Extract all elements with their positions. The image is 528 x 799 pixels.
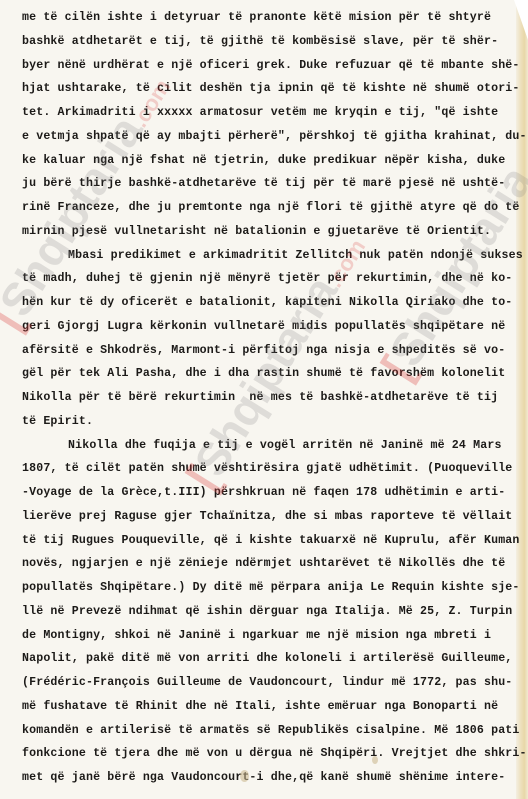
text-line: de Montigny, shkoi në Janinë i ngarkuar …	[22, 624, 518, 648]
text-line: tet. Arkimadriti i xxxxx armatosur vetëm…	[22, 101, 518, 125]
text-line: popullatës Shqipëtare.) Dy ditë më përpa…	[22, 576, 518, 600]
text-line: të madh, duhej të gjenin një mënyrë tjet…	[22, 267, 518, 291]
text-line: Mbasi predikimet e arkimadritit Zellitch…	[22, 244, 518, 268]
text-line: të tij Rugues Pouqueville, që i kishte t…	[22, 529, 518, 553]
text-line: gël për tek Ali Pasha, dhe i dha rastin …	[22, 362, 518, 386]
text-line: mirnin pjesë vullnetarisht në batalionin…	[22, 220, 518, 244]
paper-stain	[240, 770, 249, 782]
typewritten-text: me të cilën ishte i detyruar të pranonte…	[22, 6, 518, 790]
text-line: 1807, të cilët patën shumë vështirësira …	[22, 457, 518, 481]
text-line: Nikolla për të bërë rekurtimin në mes të…	[22, 386, 518, 410]
text-line: më fushatave të Rhinit dhe në Itali, ish…	[22, 695, 518, 719]
text-line: afërsitë e Shkodrës, Marmont-i përfitoj …	[22, 339, 518, 363]
text-line: Nikolla dhe fuqija e tij e vogël arritën…	[22, 434, 518, 458]
text-line: -Voyage de la Grèce,t.III) përshkruan në…	[22, 481, 518, 505]
text-line: Napolit, pakë ditë më von arriti dhe kol…	[22, 647, 518, 671]
paper-stain	[372, 756, 378, 764]
text-line: bashkë atdhetarët e tij, të gjithë të ko…	[22, 30, 518, 54]
scanned-document-page: me të cilën ishte i detyruar të pranonte…	[0, 0, 528, 799]
text-line: të Epirit.	[22, 410, 518, 434]
text-line: llë në Prevezë ndihmat që ishin dërguar …	[22, 600, 518, 624]
text-line: novës, ngjarjen e një zënieje ndërmjet u…	[22, 552, 518, 576]
text-line: geri Gjorgj Lugra kërkonin vullnetarë mi…	[22, 315, 518, 339]
text-line: hën kur të dy oficerët e batalionit, kap…	[22, 291, 518, 315]
text-line: byer nënë urdhërat e një oficeri grek. D…	[22, 54, 518, 78]
text-line: hjat ushtarake, të cilit deshën tja ipni…	[22, 77, 518, 101]
text-line: met që janë bërë nga Vaudoncourt-i dhe,q…	[22, 766, 518, 790]
text-line: (Frédéric-François Guilleume de Vaudonco…	[22, 671, 518, 695]
text-line: e vetmja shpatë që ay mbajti përherë", p…	[22, 125, 518, 149]
text-line: lierëve prej Raguse gjer Tchaïnitza, dhe…	[22, 505, 518, 529]
text-line: rinë Franceze, dhe ju premtonte nga një …	[22, 196, 518, 220]
text-line: ju bërë thirje bashkë-atdhetarëve të tij…	[22, 172, 518, 196]
text-line: ke kaluar nga një fshat në tjetrin, duke…	[22, 149, 518, 173]
text-line: fonkcione të tjera dhe më von u dërgua n…	[22, 742, 518, 766]
text-line: me të cilën ishte i detyruar të pranonte…	[22, 6, 518, 30]
text-line: komandën e artilerisë të armatës së Repu…	[22, 719, 518, 743]
